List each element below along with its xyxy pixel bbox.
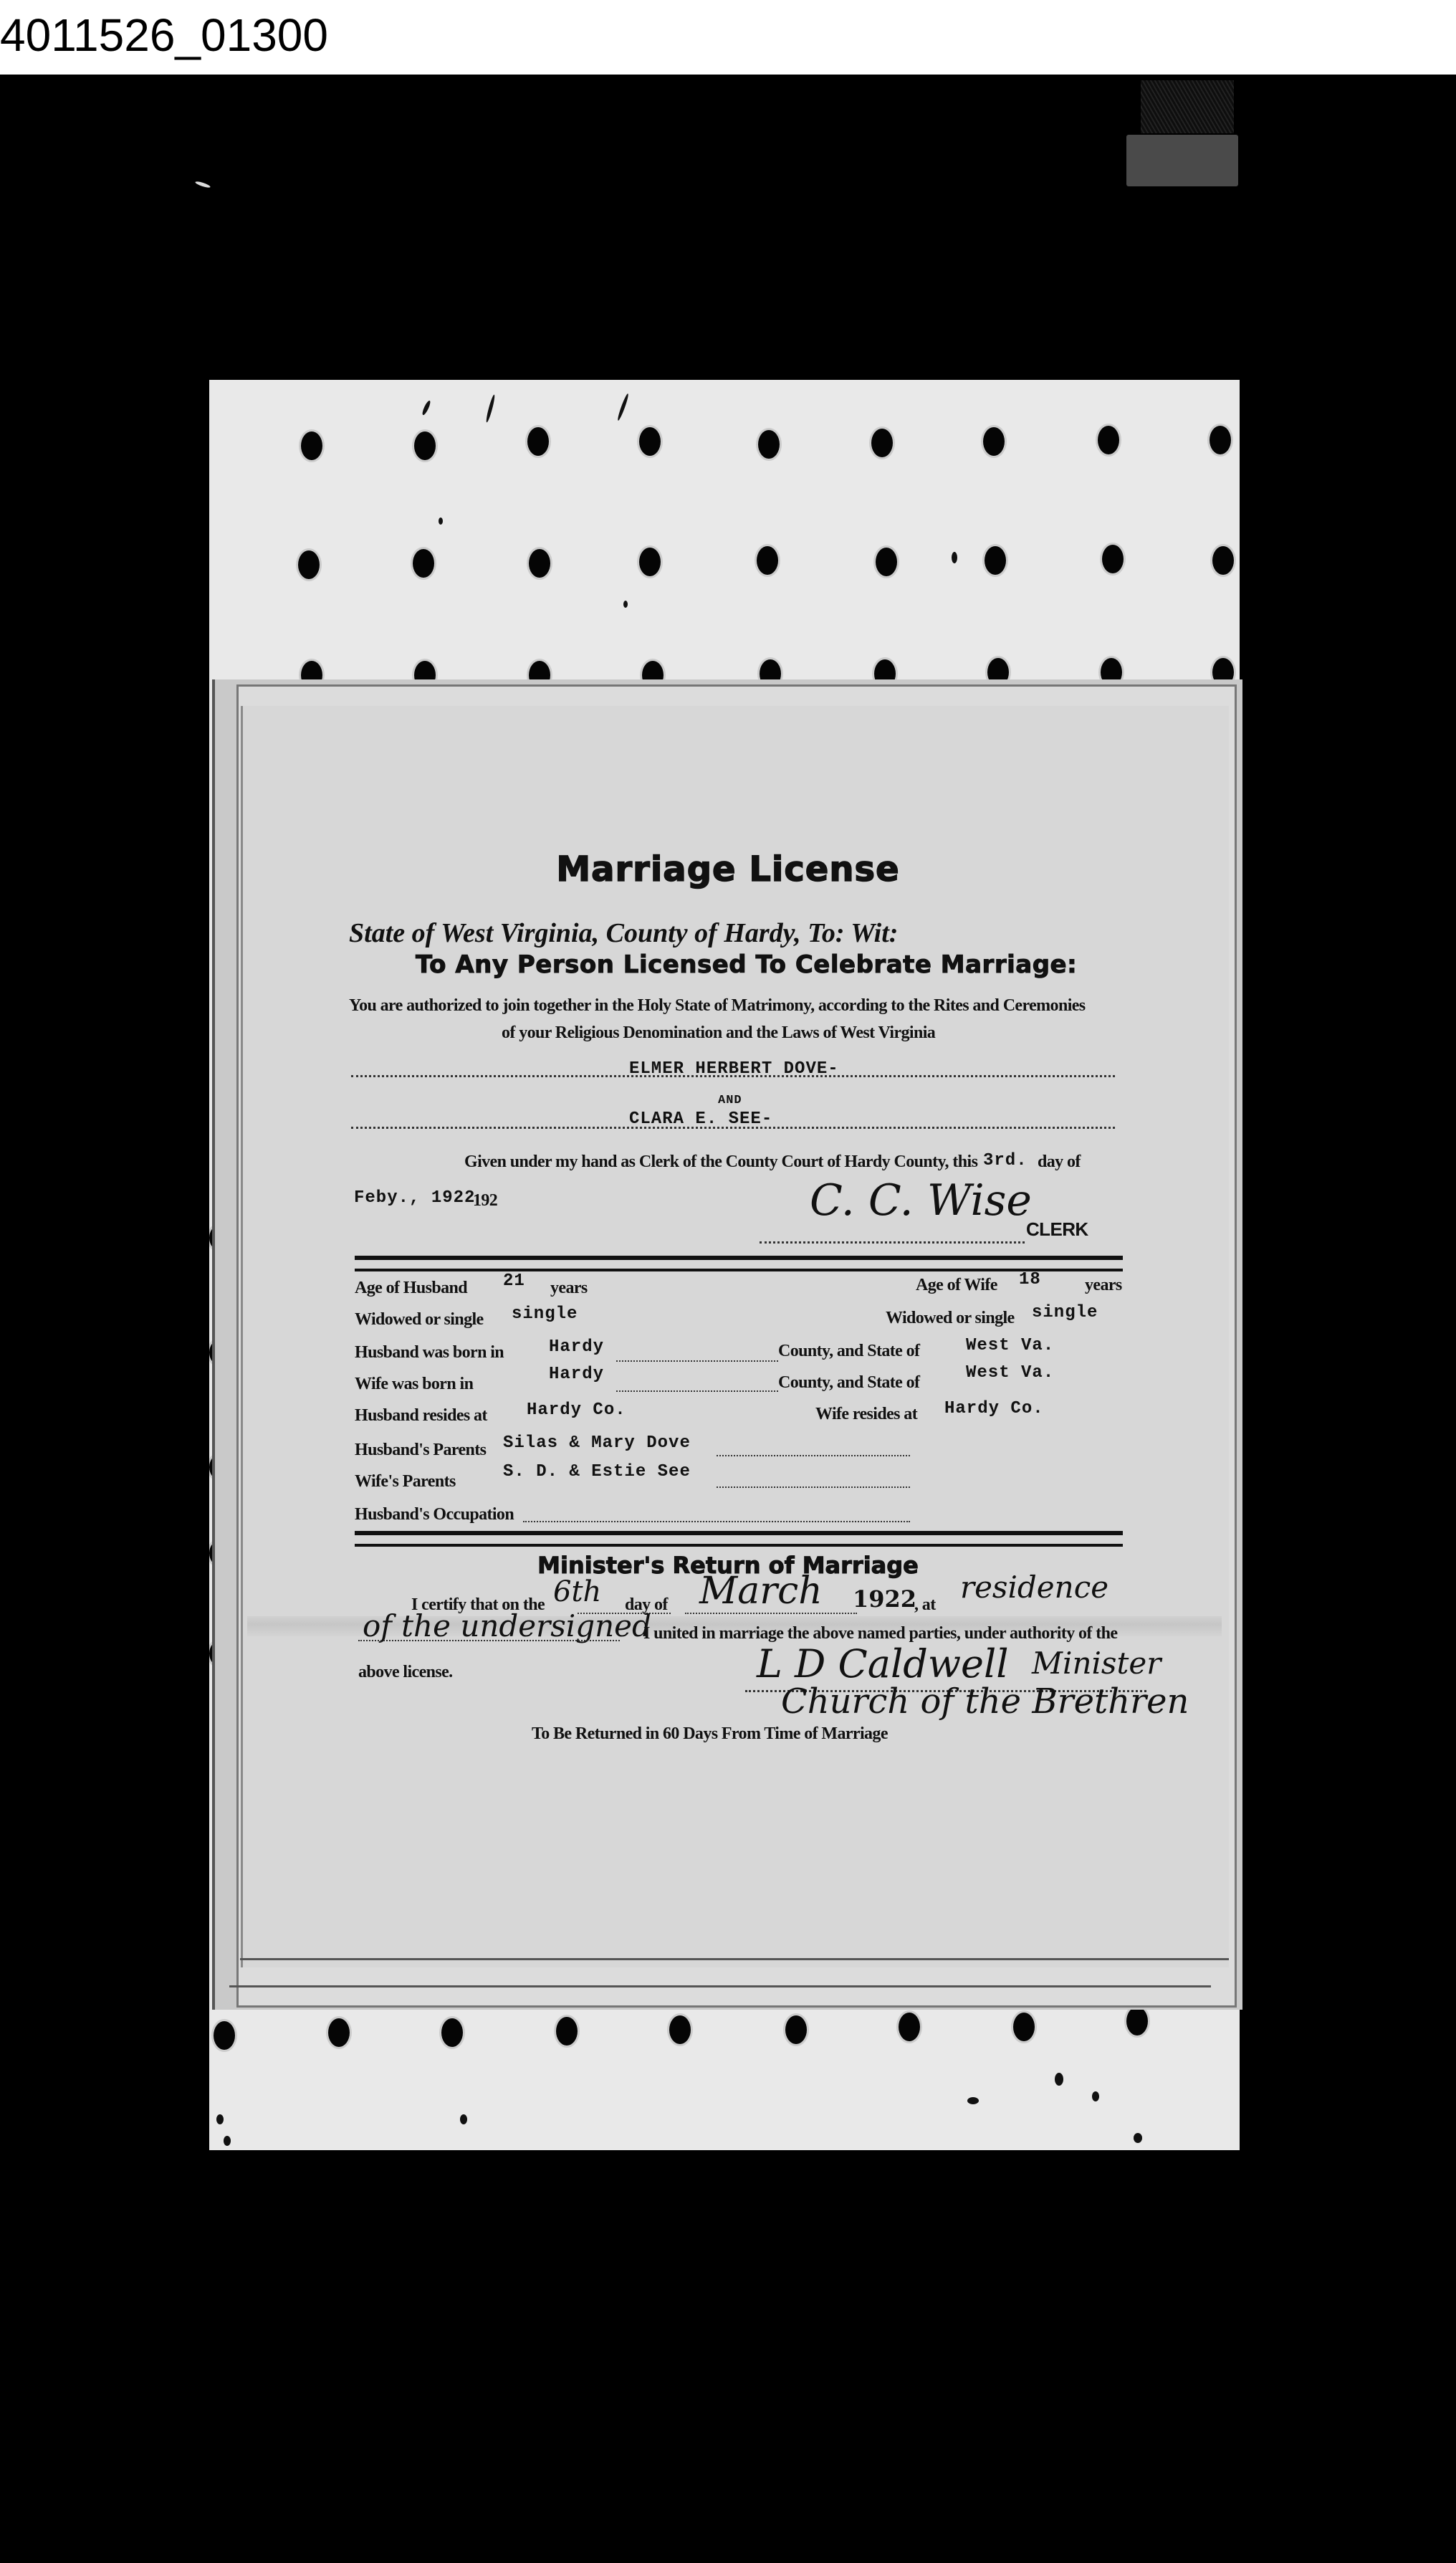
husband-occupation-label: Husband's Occupation [355, 1505, 514, 1524]
husband-resides-value: Hardy Co. [527, 1400, 626, 1420]
wife-born-county: Hardy [549, 1365, 604, 1384]
clerk-signature: C. C. Wise [810, 1175, 1032, 1226]
issue-day: 3rd. [983, 1151, 1028, 1170]
groom-name-line [351, 1075, 1115, 1077]
license-title: Marriage License [0, 849, 1456, 889]
year-prefix: 192 [473, 1191, 497, 1211]
husband-parents-label: Husband's Parents [355, 1441, 486, 1460]
issue-month-year: Feby., 1922 [354, 1188, 475, 1208]
county-state-label: County, and State of [778, 1373, 919, 1393]
fill-line [358, 1640, 620, 1641]
scan-artifact [1141, 80, 1234, 133]
age-wife-value: 18 [1019, 1270, 1041, 1289]
return-place-2: of the undersigned [363, 1608, 651, 1643]
fill-line [717, 1486, 910, 1488]
return-place-1: residence [960, 1570, 1108, 1605]
license-sheet [241, 706, 1229, 1967]
state-county-line: State of West Virginia, County of Hardy,… [349, 917, 898, 949]
sheet-edge-line [229, 1985, 1211, 1987]
day-of-label: day of [1038, 1152, 1081, 1172]
given-under-hand-text: Given under my hand as Clerk of the Coun… [464, 1152, 977, 1172]
wife-resides-value: Hardy Co. [944, 1399, 1044, 1418]
husband-born-label: Husband was born in [355, 1343, 504, 1362]
wife-born-state: West Va. [966, 1363, 1054, 1383]
clerk-label: CLERK [1026, 1218, 1088, 1241]
and-label: AND [718, 1094, 742, 1107]
section-divider [355, 1531, 1123, 1547]
fill-line [616, 1390, 778, 1392]
section-divider [355, 1256, 1123, 1271]
age-wife-label: Age of Wife [916, 1276, 997, 1295]
wife-widowed-label: Widowed or single [886, 1309, 1015, 1328]
return-day: 6th [553, 1575, 601, 1608]
above-license-text: above license. [358, 1663, 453, 1682]
fill-line [616, 1360, 778, 1362]
husband-born-state: West Va. [966, 1336, 1054, 1355]
authorize-line-2: of your Religious Denomination and the L… [502, 1023, 935, 1043]
wife-parents-value: S. D. & Estie See [503, 1462, 691, 1481]
county-state-label: County, and State of [778, 1342, 919, 1361]
wife-resides-label: Wife resides at [815, 1405, 917, 1424]
years-label: years [1085, 1276, 1122, 1295]
image-id-label: 4011526_01300 [0, 9, 328, 62]
years-label: years [550, 1279, 588, 1298]
fill-line [717, 1455, 910, 1456]
at-label: , at [914, 1595, 936, 1615]
image-header: 4011526_01300 [0, 0, 1456, 75]
wife-parents-label: Wife's Parents [355, 1472, 456, 1491]
wife-status-value: single [1032, 1303, 1098, 1322]
husband-born-county: Hardy [549, 1337, 604, 1357]
return-month: March [699, 1570, 823, 1613]
husband-widowed-label: Widowed or single [355, 1310, 484, 1330]
scan-artifact [195, 181, 211, 189]
united-text: I united in marriage the above named par… [643, 1624, 1117, 1643]
church-name: Church of the Brethren [781, 1681, 1189, 1722]
clerk-signature-line [760, 1241, 1025, 1244]
husband-parents-value: Silas & Mary Dove [503, 1433, 691, 1453]
to-any-person-line: To Any Person Licensed To Celebrate Marr… [416, 950, 1077, 979]
sheet-edge-line [240, 1958, 1229, 1960]
fill-line [523, 1521, 910, 1522]
archive-tag [1126, 135, 1238, 186]
bride-name-line [351, 1127, 1115, 1129]
husband-resides-label: Husband resides at [355, 1406, 487, 1426]
authorize-line-1: You are authorized to join together in t… [349, 996, 1086, 1016]
minister-signature: L D Caldwell [757, 1641, 1009, 1686]
husband-status-value: single [512, 1304, 578, 1324]
age-husband-value: 21 [503, 1271, 525, 1291]
return-year: 1922 [853, 1585, 916, 1613]
minister-title: Minister [1032, 1646, 1161, 1681]
fill-line [685, 1613, 857, 1614]
age-husband-label: Age of Husband [355, 1279, 467, 1298]
wife-born-label: Wife was born in [355, 1375, 473, 1394]
return-note: To Be Returned in 60 Days From Time of M… [532, 1724, 888, 1744]
bride-name: CLARA E. SEE- [629, 1109, 772, 1129]
